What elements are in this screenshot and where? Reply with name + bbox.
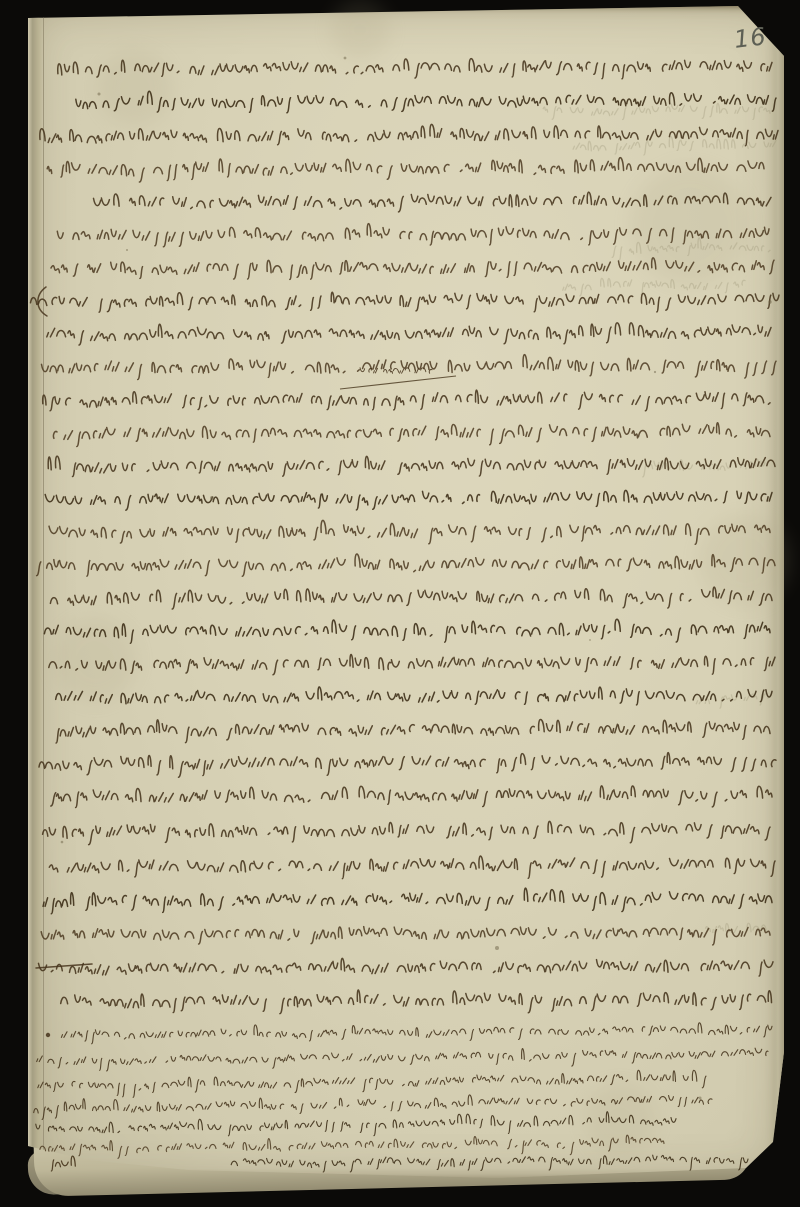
paper-stains [53,0,791,1156]
handwriting-layer [0,0,800,1207]
catchword [51,1156,75,1171]
end-of-line-dash [36,964,92,968]
page-number: 16 [732,22,768,54]
footnote-block [34,1023,772,1172]
scan-background: 16 [0,0,800,1207]
footnote-bullet [46,1033,50,1037]
